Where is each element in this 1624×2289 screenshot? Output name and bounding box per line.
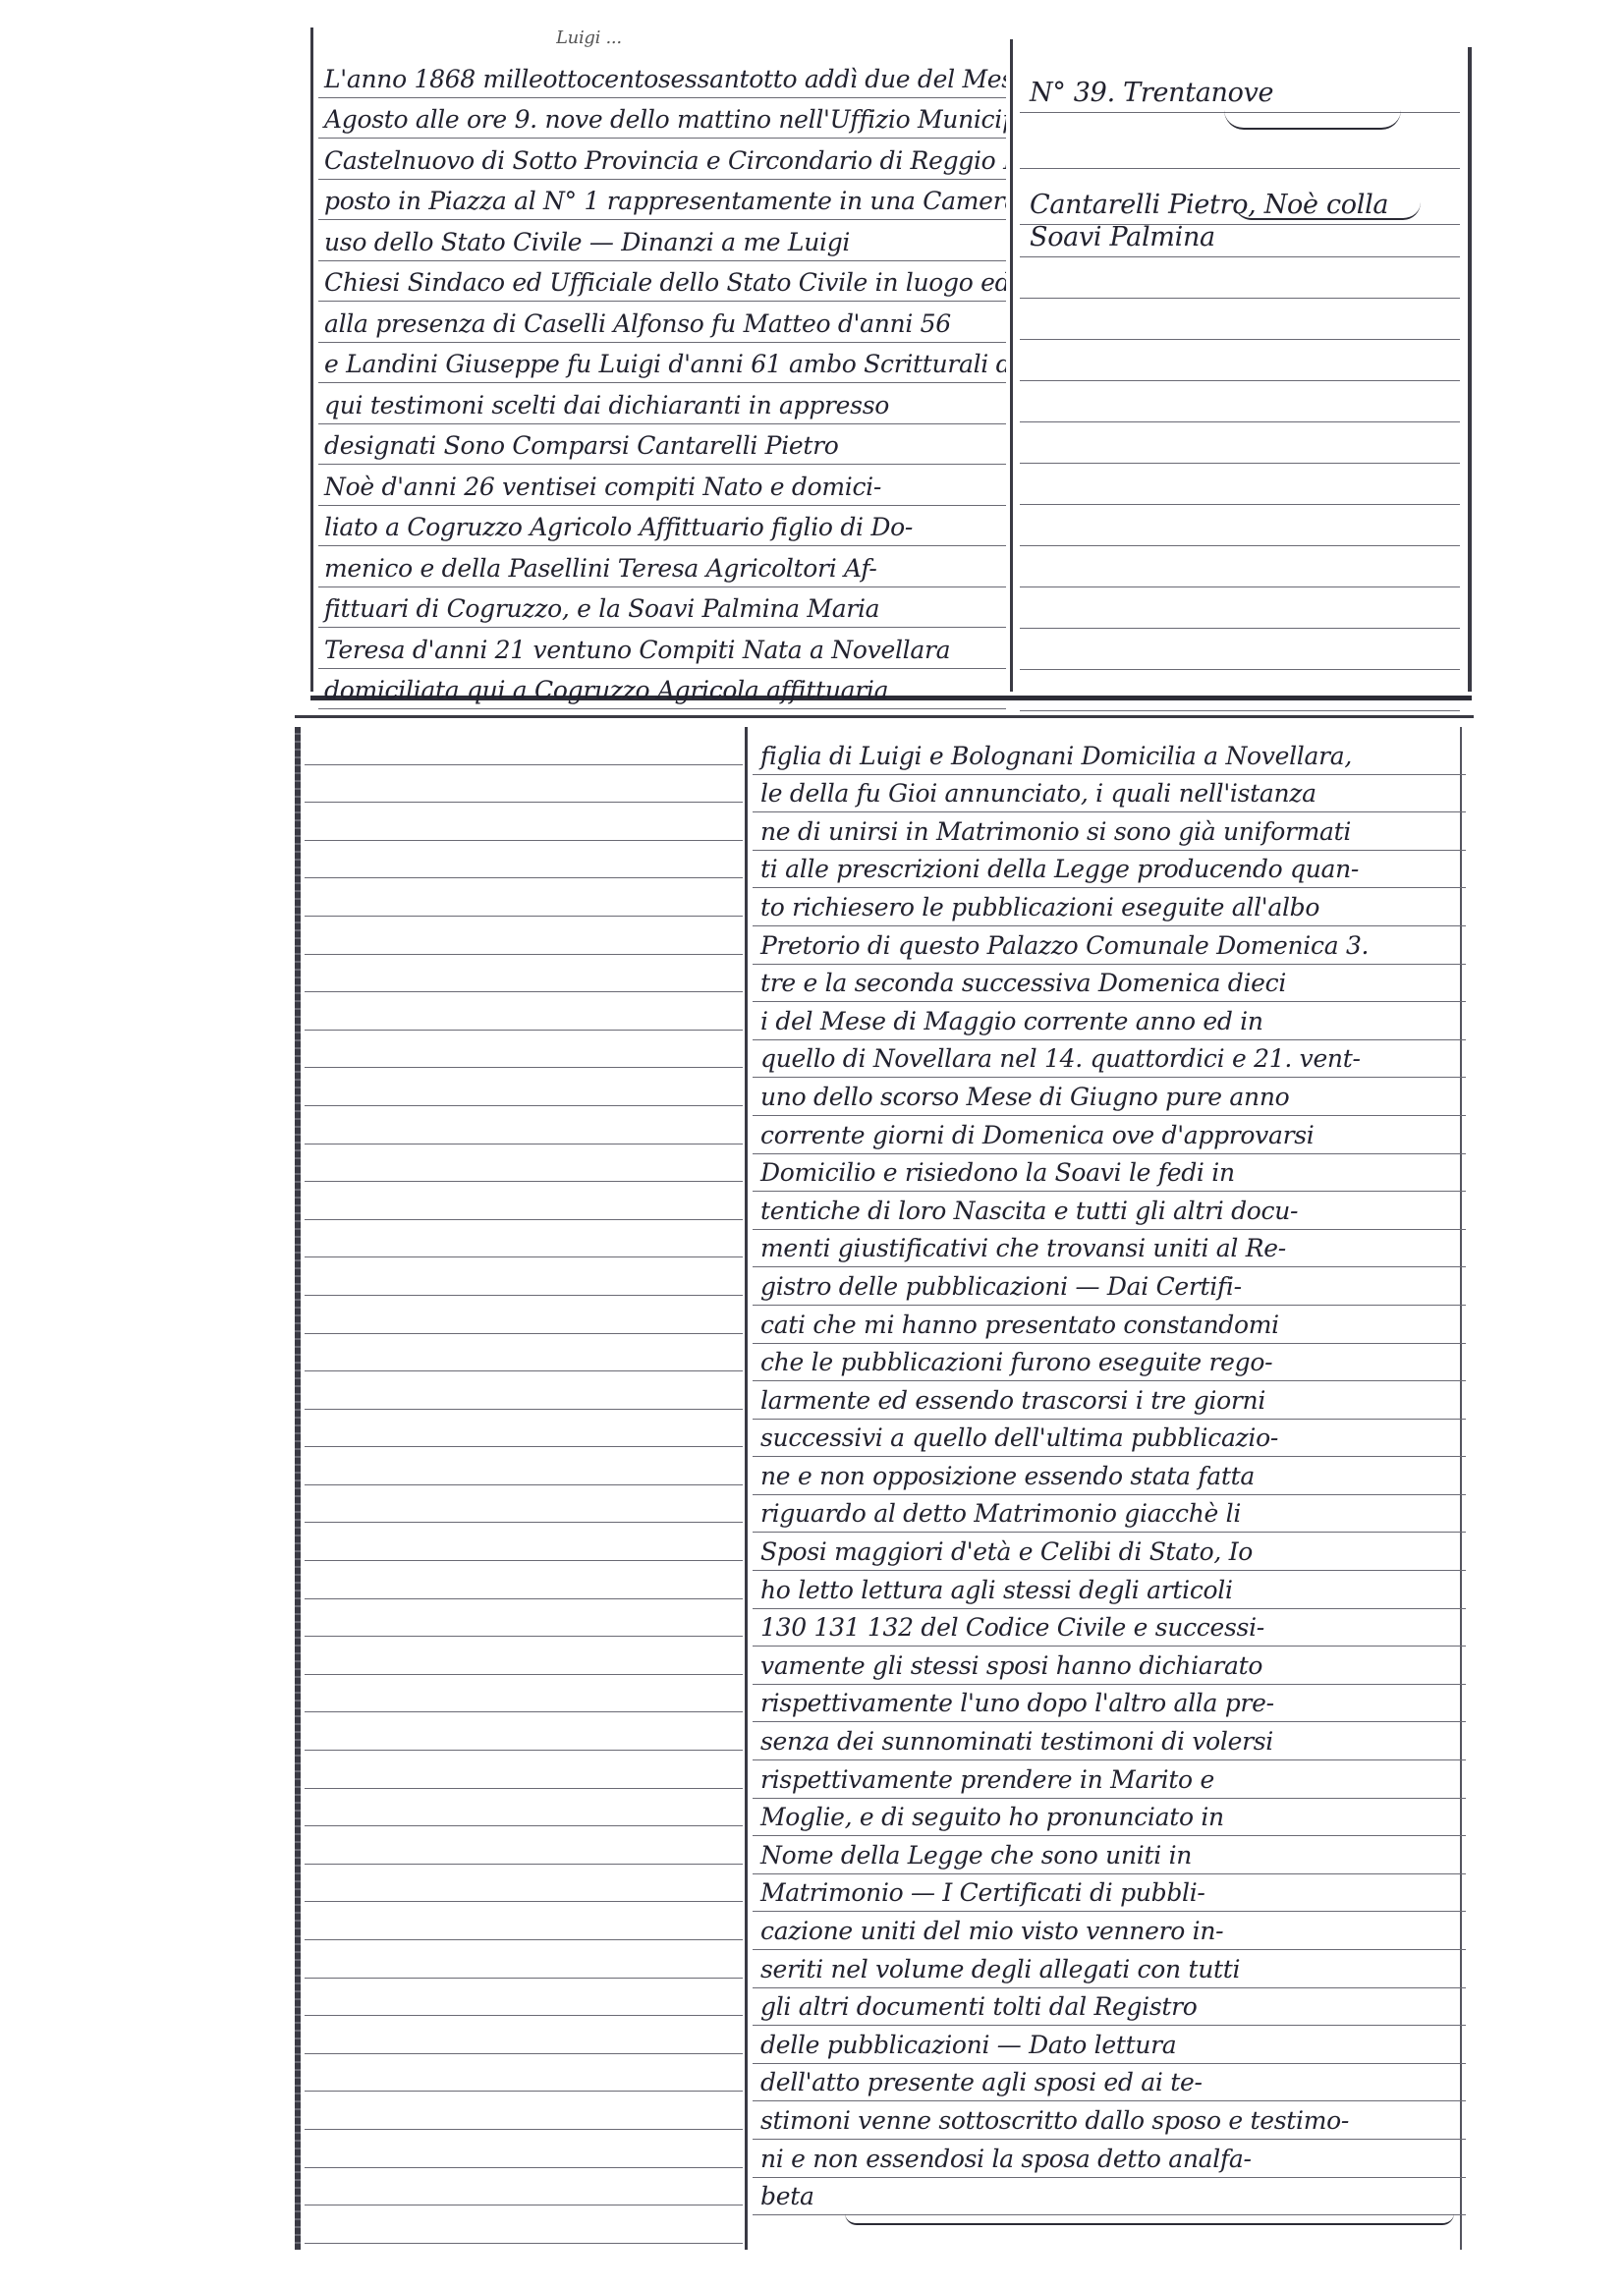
handwritten-text: e Landini Giuseppe fu Luigi d'anni 61 am… <box>324 350 1006 378</box>
text-line: designati Sono Comparsi Cantarelli Pietr… <box>318 424 1006 466</box>
text-line: le della fu Gioi annunciato, i quali nel… <box>753 775 1466 813</box>
text-line: e Landini Giuseppe fu Luigi d'anni 61 am… <box>318 343 1006 384</box>
text-line: qui testimoni scelti dai dichiaranti in … <box>318 383 1006 424</box>
blank-rule <box>1020 587 1460 629</box>
signature-flourish <box>1234 202 1421 220</box>
text-line: uso dello Stato Civile — Dinanzi a me Lu… <box>318 220 1006 261</box>
text-line: alla presenza di Caselli Alfonso fu Matt… <box>318 302 1006 343</box>
header-note: Luigi ... <box>556 28 622 48</box>
text-line: Pretorio di questo Palazzo Comunale Dome… <box>753 926 1466 965</box>
spouse-names-2: Soavi Palmina <box>1020 225 1460 257</box>
handwritten-text: alla presenza di Caselli Alfonso fu Matt… <box>324 309 951 338</box>
blank-rule <box>305 1865 743 1903</box>
column-divider <box>745 727 748 2250</box>
blank-rule <box>305 2016 743 2054</box>
blank-rule <box>1020 340 1460 381</box>
handwritten-text: le della fu Gioi annunciato, i quali nel… <box>760 779 1316 808</box>
text-line: i del Mese di Maggio corrente anno ed in <box>753 1002 1466 1040</box>
blank-rule <box>305 1144 743 1183</box>
blank-rule <box>305 2054 743 2093</box>
handwritten-text: qui testimoni scelti dai dichiaranti in … <box>324 391 889 419</box>
text-line: tre e la seconda successiva Domenica die… <box>753 965 1466 1003</box>
blank-rule <box>305 917 743 955</box>
handwritten-text: rispettivamente prendere in Marito e <box>760 1765 1214 1794</box>
text-line: L'anno 1868 milleottocentosessantotto ad… <box>318 57 1006 98</box>
handwritten-text: dell'atto presente agli sposi ed ai te- <box>760 2068 1203 2096</box>
handwritten-text: stimoni venne sottoscritto dallo sposo e… <box>760 2106 1349 2135</box>
blank-rule <box>305 2205 743 2244</box>
blank-rule <box>305 2168 743 2206</box>
handwritten-text: Moglie, e di seguito ho pronunciato in <box>760 1803 1224 1831</box>
text-line: Chiesi Sindaco ed Ufficiale dello Stato … <box>318 261 1006 303</box>
text-line: ho letto lettura agli stessi degli artic… <box>753 1571 1466 1609</box>
text-line: Domicilio e risiedono la Soavi le fedi i… <box>753 1154 1466 1193</box>
blank-rule <box>1020 629 1460 670</box>
handwritten-text: tentiche di loro Nascita e tutti gli alt… <box>760 1197 1298 1225</box>
signature-flourish <box>1224 110 1401 130</box>
handwritten-text: uno dello scorso Mese di Giugno pure ann… <box>760 1083 1289 1111</box>
text-line: Noè d'anni 26 ventisei compiti Nato e do… <box>318 465 1006 506</box>
handwritten-text: domiciliata qui a Cogruzzo Agricola affi… <box>324 676 888 704</box>
blank-rule <box>305 1826 743 1865</box>
text-line: gistro delle pubblicazioni — Dai Certifi… <box>753 1267 1466 1306</box>
handwritten-text: tre e la seconda successiva Domenica die… <box>760 969 1286 997</box>
text-line: Matrimonio — I Certificati di pubbli- <box>753 1874 1466 1913</box>
blank-rule <box>305 727 743 765</box>
page-border-left <box>295 727 301 2250</box>
handwritten-text: fittuari di Cogruzzo, e la Soavi Palmina… <box>324 594 879 623</box>
blank-rule <box>305 1068 743 1106</box>
blank-rule <box>305 955 743 993</box>
blank-rule <box>1020 422 1460 464</box>
blank-rule <box>305 1561 743 1599</box>
text-line: Moglie, e di seguito ho pronunciato in <box>753 1799 1466 1837</box>
handwritten-text: to richiesero le pubblicazioni eseguite … <box>760 893 1319 921</box>
text-line: stimoni venne sottoscritto dallo sposo e… <box>753 2101 1466 2140</box>
text-line: riguardo al detto Matrimonio giacchè li <box>753 1495 1466 1534</box>
handwritten-text: Nome della Legge che sono uniti in <box>760 1841 1192 1870</box>
text-line: posto in Piazza al N° 1 rappresentamente… <box>318 180 1006 221</box>
handwritten-text: menti giustificativi che trovansi uniti … <box>760 1234 1286 1262</box>
blank-rule <box>305 1031 743 1069</box>
text-line: cati che mi hanno presentato constandomi <box>753 1306 1466 1344</box>
handwritten-text: beta <box>760 2182 814 2210</box>
blank-rule <box>305 765 743 804</box>
blank-rule <box>305 1371 743 1410</box>
text-line: cazione uniti del mio visto vennero in- <box>753 1912 1466 1950</box>
handwritten-text: 130 131 132 del Codice Civile e successi… <box>760 1613 1264 1642</box>
text-line: Agosto alle ore 9. nove dello mattino ne… <box>318 98 1006 140</box>
blank-rule <box>305 1485 743 1524</box>
handwritten-text: posto in Piazza al N° 1 rappresentamente… <box>324 187 1006 215</box>
text-line: Teresa d'anni 21 ventuno Compiti Nata a … <box>318 628 1006 669</box>
text-line: ni e non essendosi la sposa detto analfa… <box>753 2140 1466 2178</box>
blank-rule <box>305 1712 743 1751</box>
text-line: figlia di Luigi e Bolognani Domicilia a … <box>753 737 1466 775</box>
text-line: che le pubblicazioni furono eseguite reg… <box>753 1344 1466 1382</box>
margin-annotation: N° 39. Trentanove Cantarelli Pietro, Noè… <box>1020 57 1460 711</box>
blank-rule <box>305 1296 743 1334</box>
text-line: rispettivamente l'uno dopo l'altro alla … <box>753 1685 1466 1723</box>
blank-rule <box>305 1789 743 1827</box>
text-line: menti giustificativi che trovansi uniti … <box>753 1230 1466 1268</box>
text-line: dell'atto presente agli sposi ed ai te- <box>753 2064 1466 2102</box>
blank-rule <box>305 1902 743 1940</box>
blank-rule <box>305 1220 743 1258</box>
blank-rule <box>305 1979 743 2017</box>
blank-rule <box>305 1334 743 1372</box>
text-line: Castelnuovo di Sotto Provincia e Circond… <box>318 139 1006 180</box>
text-line: domiciliata qui a Cogruzzo Agricola affi… <box>318 669 1006 710</box>
handwritten-text: corrente giorni di Domenica ove d'approv… <box>760 1121 1315 1149</box>
blank-rule <box>305 1106 743 1144</box>
page-border-right <box>1468 47 1472 692</box>
blank-rule <box>305 1940 743 1979</box>
blank-rule <box>1020 381 1460 422</box>
handwritten-text: gistro delle pubblicazioni — Dai Certifi… <box>760 1272 1242 1301</box>
text-line: larmente ed essendo trascorsi i tre gior… <box>753 1381 1466 1420</box>
handwritten-text: senza dei sunnominati testimoni di voler… <box>760 1727 1273 1756</box>
text-line: delle pubblicazioni — Dato lettura <box>753 2026 1466 2064</box>
text-line: ti alle prescrizioni della Legge produce… <box>753 851 1466 889</box>
text-line: beta <box>753 2178 1466 2216</box>
handwritten-text: Teresa d'anni 21 ventuno Compiti Nata a … <box>324 636 950 664</box>
handwritten-text: vamente gli stessi sposi hanno dichiarat… <box>760 1651 1262 1680</box>
handwritten-text: quello di Novellara nel 14. quattordici … <box>760 1044 1361 1073</box>
handwritten-text: Castelnuovo di Sotto Provincia e Circond… <box>324 146 1006 175</box>
column-divider <box>1010 39 1013 692</box>
handwritten-text: gli altri documenti tolti dal Registro <box>760 1992 1198 2021</box>
text-line: successivi a quello dell'ultima pubblica… <box>753 1420 1466 1458</box>
blank-rule <box>1020 505 1460 546</box>
handwritten-text: Sposi maggiori d'età e Celibi di Stato, … <box>760 1537 1253 1566</box>
text-line: quello di Novellara nel 14. quattordici … <box>753 1040 1466 1079</box>
register-page-bottom: figlia di Luigi e Bolognani Domicilia a … <box>295 715 1474 2258</box>
handwritten-text: ne di unirsi in Matrimonio si sono già u… <box>760 817 1351 846</box>
text-line: ne di unirsi in Matrimonio si sono già u… <box>753 812 1466 851</box>
blank-rule <box>305 1447 743 1485</box>
handwritten-text: Chiesi Sindaco ed Ufficiale dello Stato … <box>324 268 1006 297</box>
page-border-left <box>310 28 313 692</box>
handwritten-text: successivi a quello dell'ultima pubblica… <box>760 1424 1278 1452</box>
text-line: seriti nel volume degli allegati con tut… <box>753 1950 1466 1988</box>
handwritten-text: liato a Cogruzzo Agricolo Affittuario fi… <box>324 513 913 541</box>
text-line: 130 131 132 del Codice Civile e successi… <box>753 1609 1466 1647</box>
handwritten-text: ho letto lettura agli stessi degli artic… <box>760 1576 1233 1604</box>
blank-ruled-column <box>305 727 743 2244</box>
handwritten-text: che le pubblicazioni furono eseguite reg… <box>760 1348 1272 1376</box>
blank-rule <box>305 1410 743 1448</box>
handwritten-text: cazione uniti del mio visto vennero in- <box>760 1917 1223 1945</box>
handwritten-text: menico e della Pasellini Teresa Agricolt… <box>324 554 877 583</box>
blank-rule <box>305 1257 743 1296</box>
handwritten-text: ni e non essendosi la sposa detto analfa… <box>760 2145 1252 2173</box>
blank-rule <box>305 841 743 879</box>
text-line: rispettivamente prendere in Marito e <box>753 1760 1466 1799</box>
handwritten-text: cati che mi hanno presentato constandomi <box>760 1311 1279 1339</box>
handwritten-text: L'anno 1868 milleottocentosessantotto ad… <box>324 65 1006 93</box>
text-line: fittuari di Cogruzzo, e la Soavi Palmina… <box>318 587 1006 629</box>
text-line: uno dello scorso Mese di Giugno pure ann… <box>753 1078 1466 1116</box>
text-line: senza dei sunnominati testimoni di voler… <box>753 1722 1466 1760</box>
blank-rule <box>305 1523 743 1561</box>
text-line: Nome della Legge che sono uniti in <box>753 1836 1466 1874</box>
handwritten-text: designati Sono Comparsi Cantarelli Pietr… <box>324 431 839 460</box>
handwritten-text: Agosto alle ore 9. nove dello mattino ne… <box>324 105 1006 134</box>
text-line: ne e non opposizione essendo stata fatta <box>753 1457 1466 1495</box>
closing-flourish <box>845 2213 1454 2225</box>
text-line: to richiesero le pubblicazioni eseguite … <box>753 888 1466 926</box>
handwritten-text: seriti nel volume degli allegati con tut… <box>760 1955 1240 1983</box>
handwritten-text: ti alle prescrizioni della Legge produce… <box>760 855 1359 883</box>
blank-rule <box>305 878 743 917</box>
blank-rule <box>1020 464 1460 505</box>
text-line: gli altri documenti tolti dal Registro <box>753 1988 1466 2027</box>
blank-rule <box>305 1599 743 1638</box>
blank-rule <box>1020 546 1460 587</box>
handwritten-text: Matrimonio — I Certificati di pubbli- <box>760 1878 1205 1907</box>
handwritten-text: Pretorio di questo Palazzo Comunale Dome… <box>760 931 1369 960</box>
blank-rule <box>305 1751 743 1789</box>
handwritten-text: delle pubblicazioni — Dato lettura <box>760 2031 1176 2059</box>
blank-rule <box>1020 299 1460 340</box>
blank-rule <box>1020 257 1460 299</box>
handwritten-text: rispettivamente l'uno dopo l'altro alla … <box>760 1689 1274 1717</box>
text-line: menico e della Pasellini Teresa Agricolt… <box>318 546 1006 587</box>
marriage-act-continuation: figlia di Luigi e Bolognani Domicilia a … <box>753 737 1466 2215</box>
handwritten-text: larmente ed essendo trascorsi i tre gior… <box>760 1386 1265 1415</box>
handwritten-text: uso dello Stato Civile — Dinanzi a me Lu… <box>324 228 850 256</box>
handwritten-text: Domicilio e risiedono la Soavi le fedi i… <box>760 1158 1235 1187</box>
blank-rule <box>305 1182 743 1220</box>
text-line: liato a Cogruzzo Agricolo Affittuario fi… <box>318 506 1006 547</box>
blank-rule <box>305 1675 743 1713</box>
blank-rule <box>305 803 743 841</box>
marriage-act-text: L'anno 1868 milleottocentosessantotto ad… <box>318 57 1006 709</box>
act-number: N° 39. Trentanove <box>1020 57 1460 113</box>
text-line: tentiche di loro Nascita e tutti gli alt… <box>753 1192 1466 1230</box>
blank-rule <box>1020 670 1460 711</box>
page-top-rule <box>295 715 1474 718</box>
handwritten-text: figlia di Luigi e Bolognani Domicilia a … <box>760 742 1352 770</box>
handwritten-text: ne e non opposizione essendo stata fatta <box>760 1462 1255 1490</box>
handwritten-text: Noè d'anni 26 ventisei compiti Nato e do… <box>324 473 881 501</box>
handwritten-text: riguardo al detto Matrimonio giacchè li <box>760 1499 1241 1528</box>
blank-rule <box>305 1637 743 1675</box>
text-line: corrente giorni di Domenica ove d'approv… <box>753 1116 1466 1154</box>
blank-rule <box>305 992 743 1031</box>
blank-rule <box>305 2130 743 2168</box>
register-page-top: Luigi ... L'anno 1868 milleottocentosess… <box>310 28 1472 701</box>
text-line: vamente gli stessi sposi hanno dichiarat… <box>753 1647 1466 1685</box>
blank-rule <box>305 2092 743 2130</box>
handwritten-text: i del Mese di Maggio corrente anno ed in <box>760 1007 1263 1035</box>
text-line: Sposi maggiori d'età e Celibi di Stato, … <box>753 1533 1466 1571</box>
